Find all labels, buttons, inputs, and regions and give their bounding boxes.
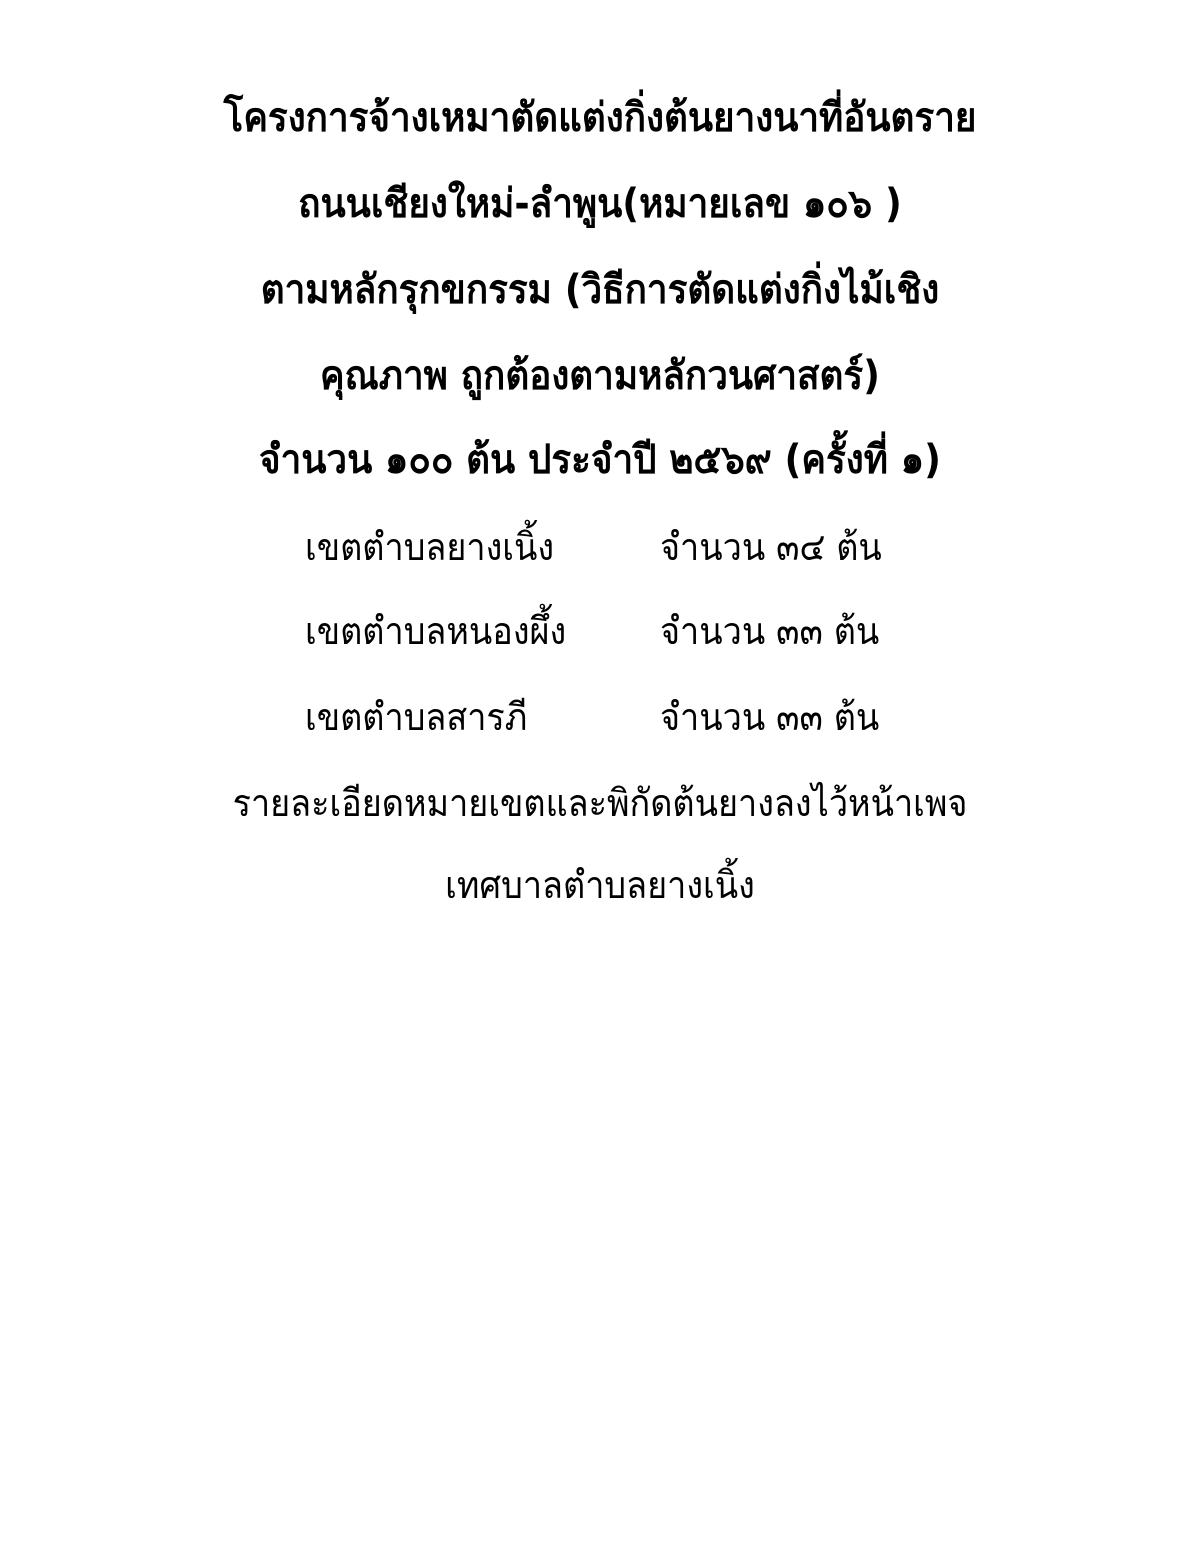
title-line-5: จำนวน ๑๐๐ ต้น ประจำปี ๒๕๖๙ (ครั้งที่ ๑) — [48, 440, 1152, 480]
title-line-1: โครงการจ้างเหมาตัดแต่งกิ่งต้นยางนาที่อัน… — [48, 98, 1152, 138]
title-line-4: คุณภาพ ถูกต้องตามหลักวนศาสตร์) — [48, 356, 1152, 396]
title-line-3: ตามหลักรุกขกรรม (วิธีการตัดแต่งกิ่งไม้เช… — [48, 270, 1152, 310]
area-count: จำนวน ๓๓ ต้น — [660, 698, 879, 736]
document-page: โครงการจ้างเหมาตัดแต่งกิ่งต้นยางนาที่อัน… — [0, 0, 1200, 1553]
footer-line-1: รายละเอียดหมายเขตและพิกัดต้นยางลงไว้หน้า… — [60, 784, 1140, 822]
title-line-2: ถนนเชียงใหม่-ลำพูน(หมายเลข ๑๐๖ ) — [48, 184, 1152, 224]
area-count: จำนวน ๓๓ ต้น — [660, 612, 879, 650]
area-row-saraphi: เขตตำบลสารภี จำนวน ๓๓ ต้น — [305, 698, 945, 748]
area-name: เขตตำบลยางเนิ้ง — [305, 528, 554, 566]
area-name: เขตตำบลหนองผึ้ง — [305, 612, 566, 650]
area-row-yangnoeng: เขตตำบลยางเนิ้ง จำนวน ๓๔ ต้น — [305, 528, 945, 578]
area-count: จำนวน ๓๔ ต้น — [660, 528, 882, 566]
area-row-nongphueng: เขตตำบลหนองผึ้ง จำนวน ๓๓ ต้น — [305, 612, 945, 662]
area-name: เขตตำบลสารภี — [305, 698, 527, 736]
footer-line-2: เทศบาลตำบลยางเนิ้ง — [60, 866, 1140, 904]
